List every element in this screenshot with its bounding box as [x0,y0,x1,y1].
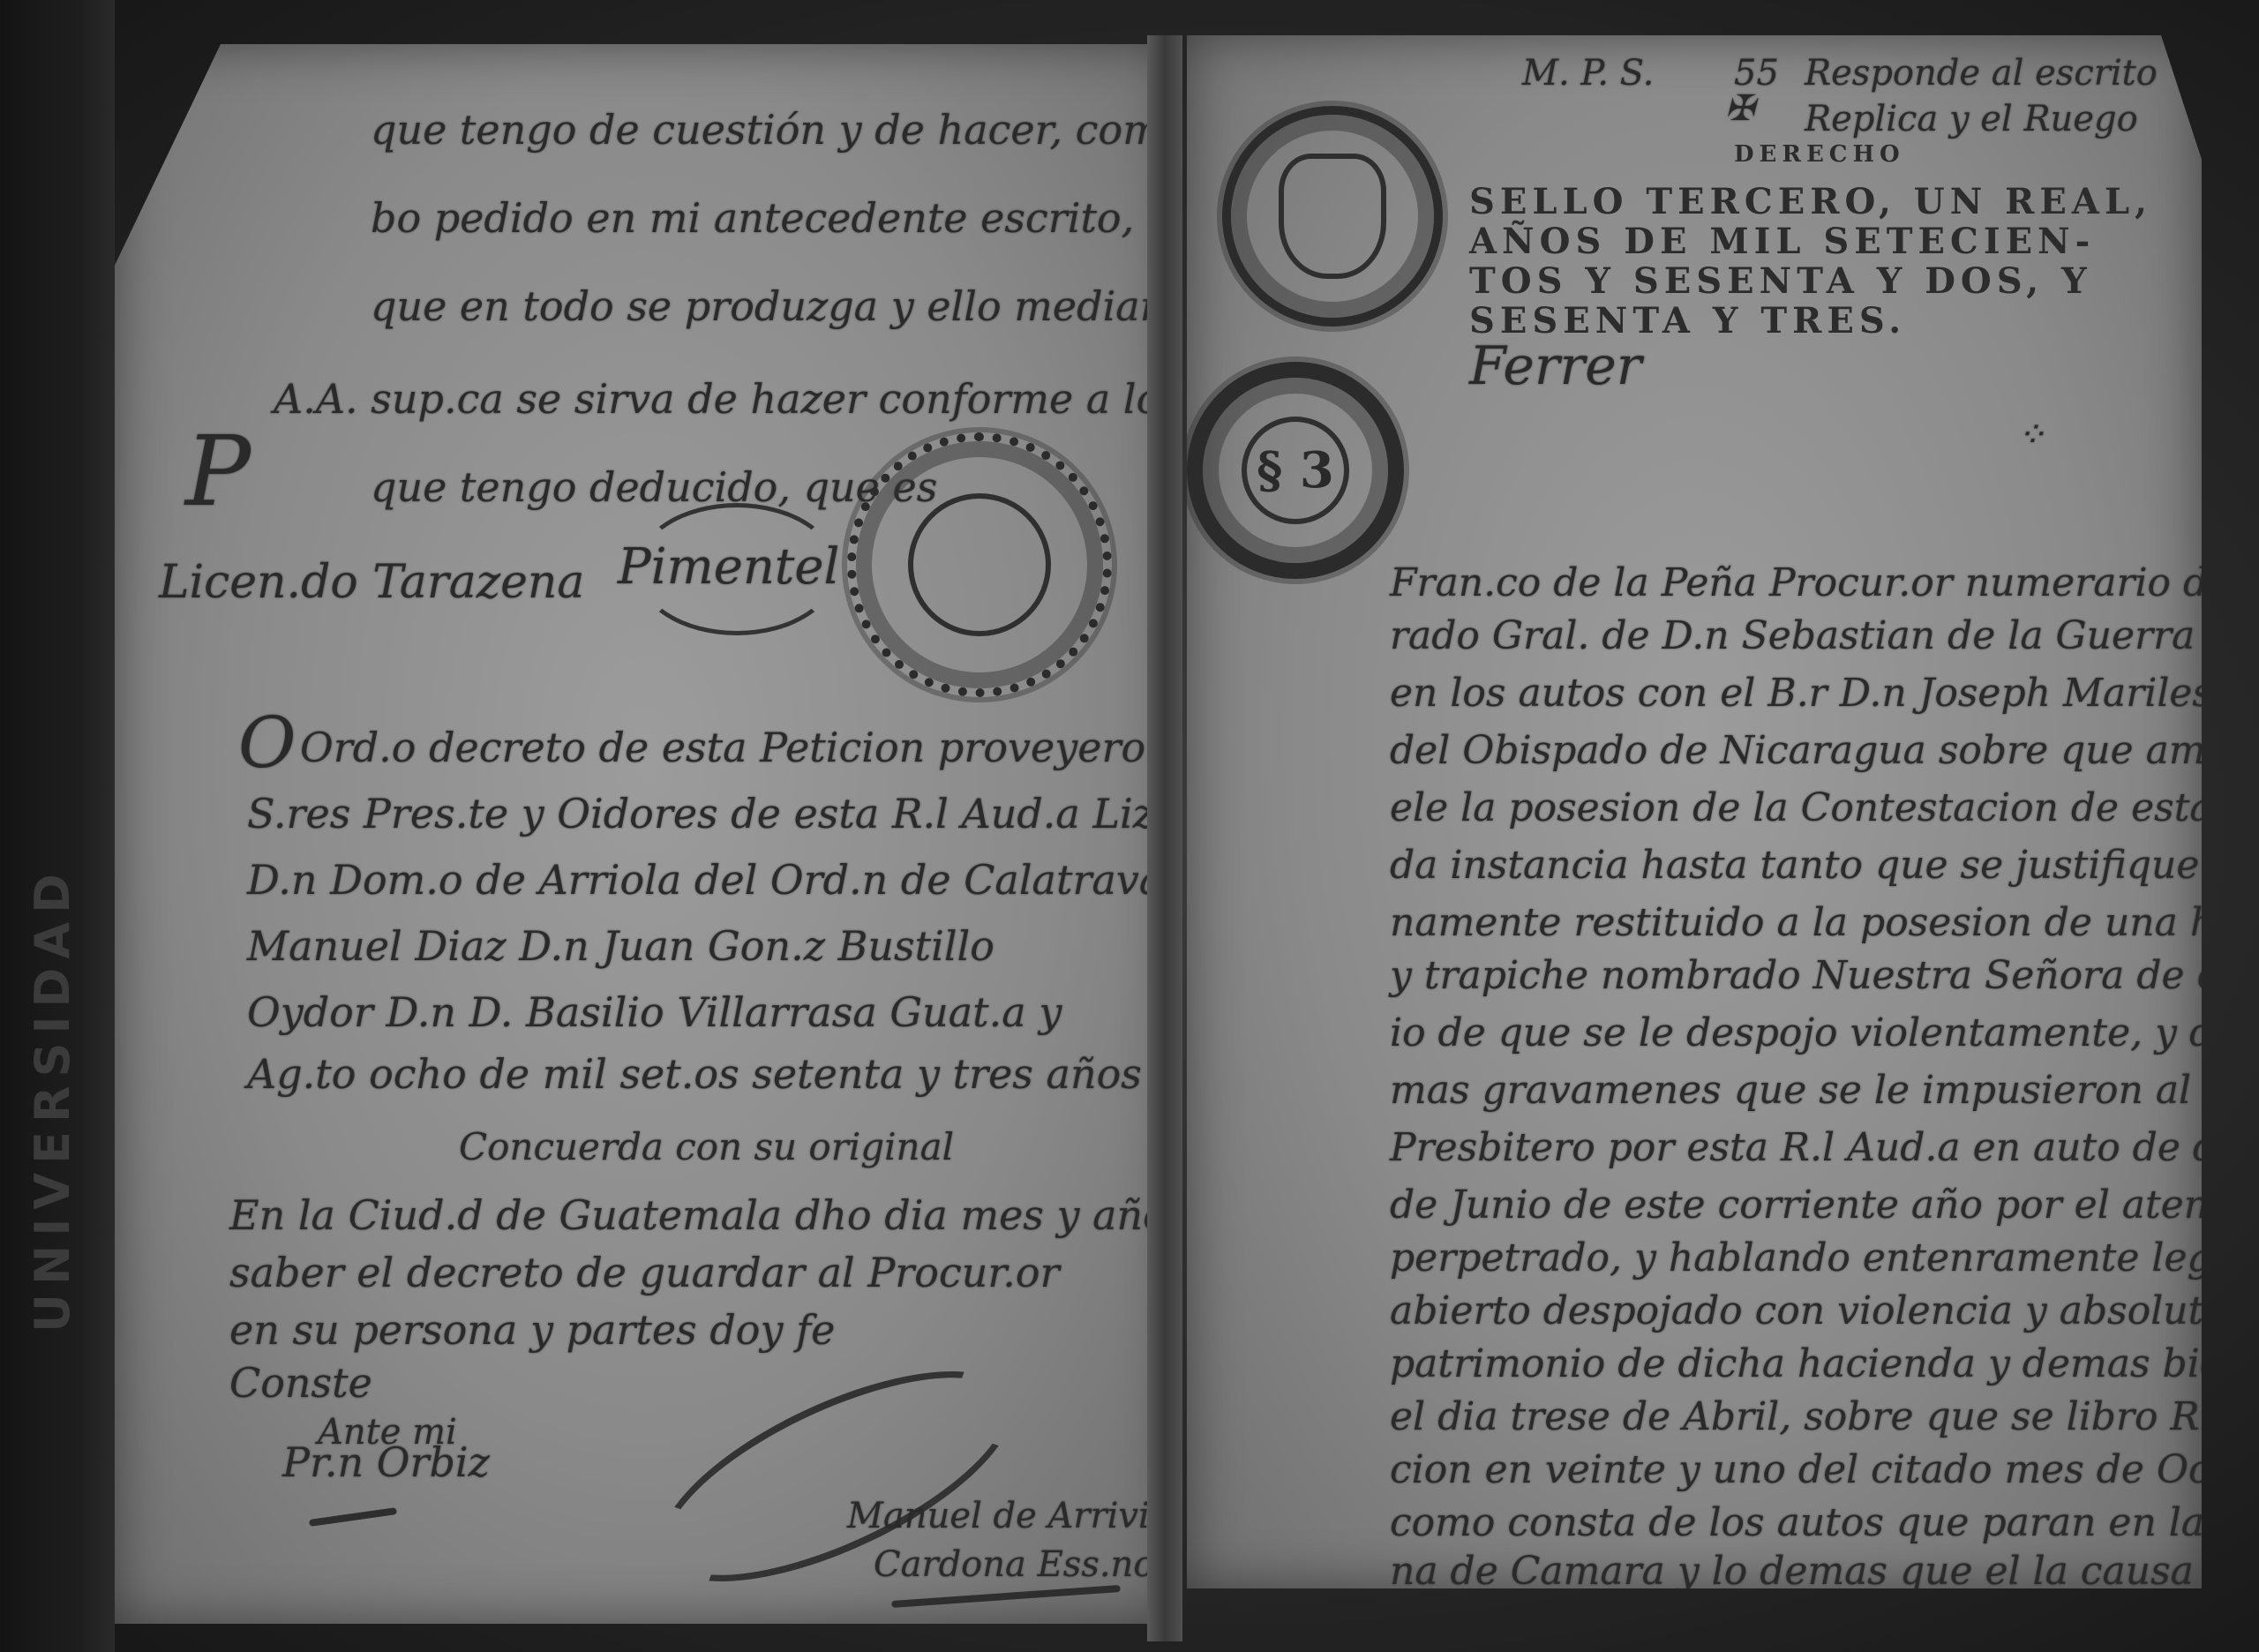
signature-orbiz: Pr.n Orbiz [282,1438,490,1486]
left-line-3: que en todo se produzga y ello mediante [371,282,1206,330]
body-line-1: Fran.co de la Peña Procur.or numerario d… [1390,560,2259,605]
body-line-7: namente restituido a la posesion de una … [1390,900,2259,945]
decree-line-2: S.res Pres.te y Oidores de esta R.l Aud.… [247,790,1268,837]
stamp-line-3: TOS Y SESENTA Y DOS, Y [1469,260,2092,302]
header-note-line-1: Responde al escrito [1805,53,2158,94]
body-line-11: Presbitero por esta R.l Aud.a en auto de… [1390,1125,2259,1170]
right-folio: M. P. S. 55 ✠ Responde al escrito Replic… [1187,35,2202,1588]
tax-seal: § 3 [1187,362,1404,579]
film-edge-label: UNIVERSIDAD [25,865,80,1333]
rubric-concuerda: Concuerda con su original [459,1125,954,1168]
decree-line-4: Manuel Diaz D.n Juan Gon.z Bustillo [247,922,994,970]
body-line-3: en los autos con el B.r D.n Joseph Maril… [1390,671,2259,716]
notice-line-1: En la Ciud.d de Guatemala dho dia mes y … [229,1191,1167,1239]
film-edge-strip: UNIVERSIDAD [0,0,115,1652]
left-seal-center [908,493,1051,636]
margin-mark-p: P [185,415,251,528]
header-mps: M. P. S. [1522,53,1654,94]
stamp-label: DERECHO [1734,141,1905,168]
left-line-1: que tengo de cuestión y de hacer, como l… [371,106,1249,154]
left-page-seal [847,432,1112,697]
body-line-6: da instancia hasta tanto que se justifiq… [1390,843,2259,888]
royal-seal [1222,106,1443,327]
stamp-line-1: SELLO TERCERO, UN REAL, [1469,181,2152,222]
decree-line-1: Ord.o decreto de esta Peticion proveyero… [300,724,1242,771]
decree-line-5: Oydor D.n D. Basilio Villarrasa Guat.a y [247,988,1062,1036]
body-line-18: como consta de los autos que paran en la… [1390,1500,2259,1545]
notice-line-3: en su persona y partes doy fe [229,1306,835,1354]
body-line-8: y trapiche nombrado Nuestra Señora de el… [1390,953,2259,998]
body-line-9: io de que se le despojo violentamente, y… [1390,1010,2237,1055]
book-spine [1147,35,1182,1641]
body-line-16: el dia trese de Abril, sobre que se libr… [1390,1394,2259,1439]
notice-line-2: saber el decreto de guardar al Procur.or [229,1249,1060,1296]
body-line-19: na de Camara y lo demas que el la causa [1390,1549,2194,1594]
margin-dots: ⁘ [2016,415,2046,455]
decree-initial: O [238,702,296,784]
notice-line-4: Conste [229,1359,372,1407]
header-note-line-2: Replica y el Ruego [1805,99,2138,139]
signature-tail [891,1585,1121,1608]
lawyer-signature: Licen.do Tarazena [159,556,584,609]
coat-of-arms-icon [1279,154,1386,279]
body-line-12: de Junio de este corriente año por el at… [1390,1183,2259,1228]
body-line-14: abierto despojado con violencia y absolu… [1390,1288,2259,1333]
stamp-line-2: AÑOS DE MIL SETECIEN- [1469,221,2095,262]
cross-icon: ✠ [1725,88,1755,129]
left-line-4: A.A. sup.ca se sirva de hazer conforme a… [274,375,1160,423]
signature-underline [309,1507,397,1527]
signature-flourish [635,503,838,635]
body-line-15: patrimonio de dicha hacienda y demas bie… [1390,1341,2259,1386]
body-line-10: mas gravamenes que se le impusieron al r… [1390,1068,2259,1113]
body-line-13: perpetrado, y hablando entenramente lega… [1390,1235,2259,1280]
tax-seal-center: § 3 [1242,417,1349,524]
signature-top: Ferrer [1469,335,1641,397]
body-line-4: del Obispado de Nicaragua sobre que ampa… [1390,728,2259,773]
body-line-5: ele la posesion de la Contestacion de es… [1390,785,2259,830]
decree-line-6: Ag.to ocho de mil set.os setenta y tres … [247,1050,1142,1098]
decree-line-3: D.n Dom.o de Arriola del Ord.n de Calatr… [247,856,1246,904]
body-line-2: rado Gral. de D.n Sebastian de la Guerra… [1390,613,2259,658]
left-line-2: bo pedido en mi antecedente escrito, e [371,194,1171,242]
left-line-5: que tengo deducido, que es [371,463,937,511]
left-folio: que tengo de cuestión y de hacer, como l… [115,44,1174,1624]
body-line-17: cion en veinte y uno del citado mes de O… [1390,1447,2259,1492]
